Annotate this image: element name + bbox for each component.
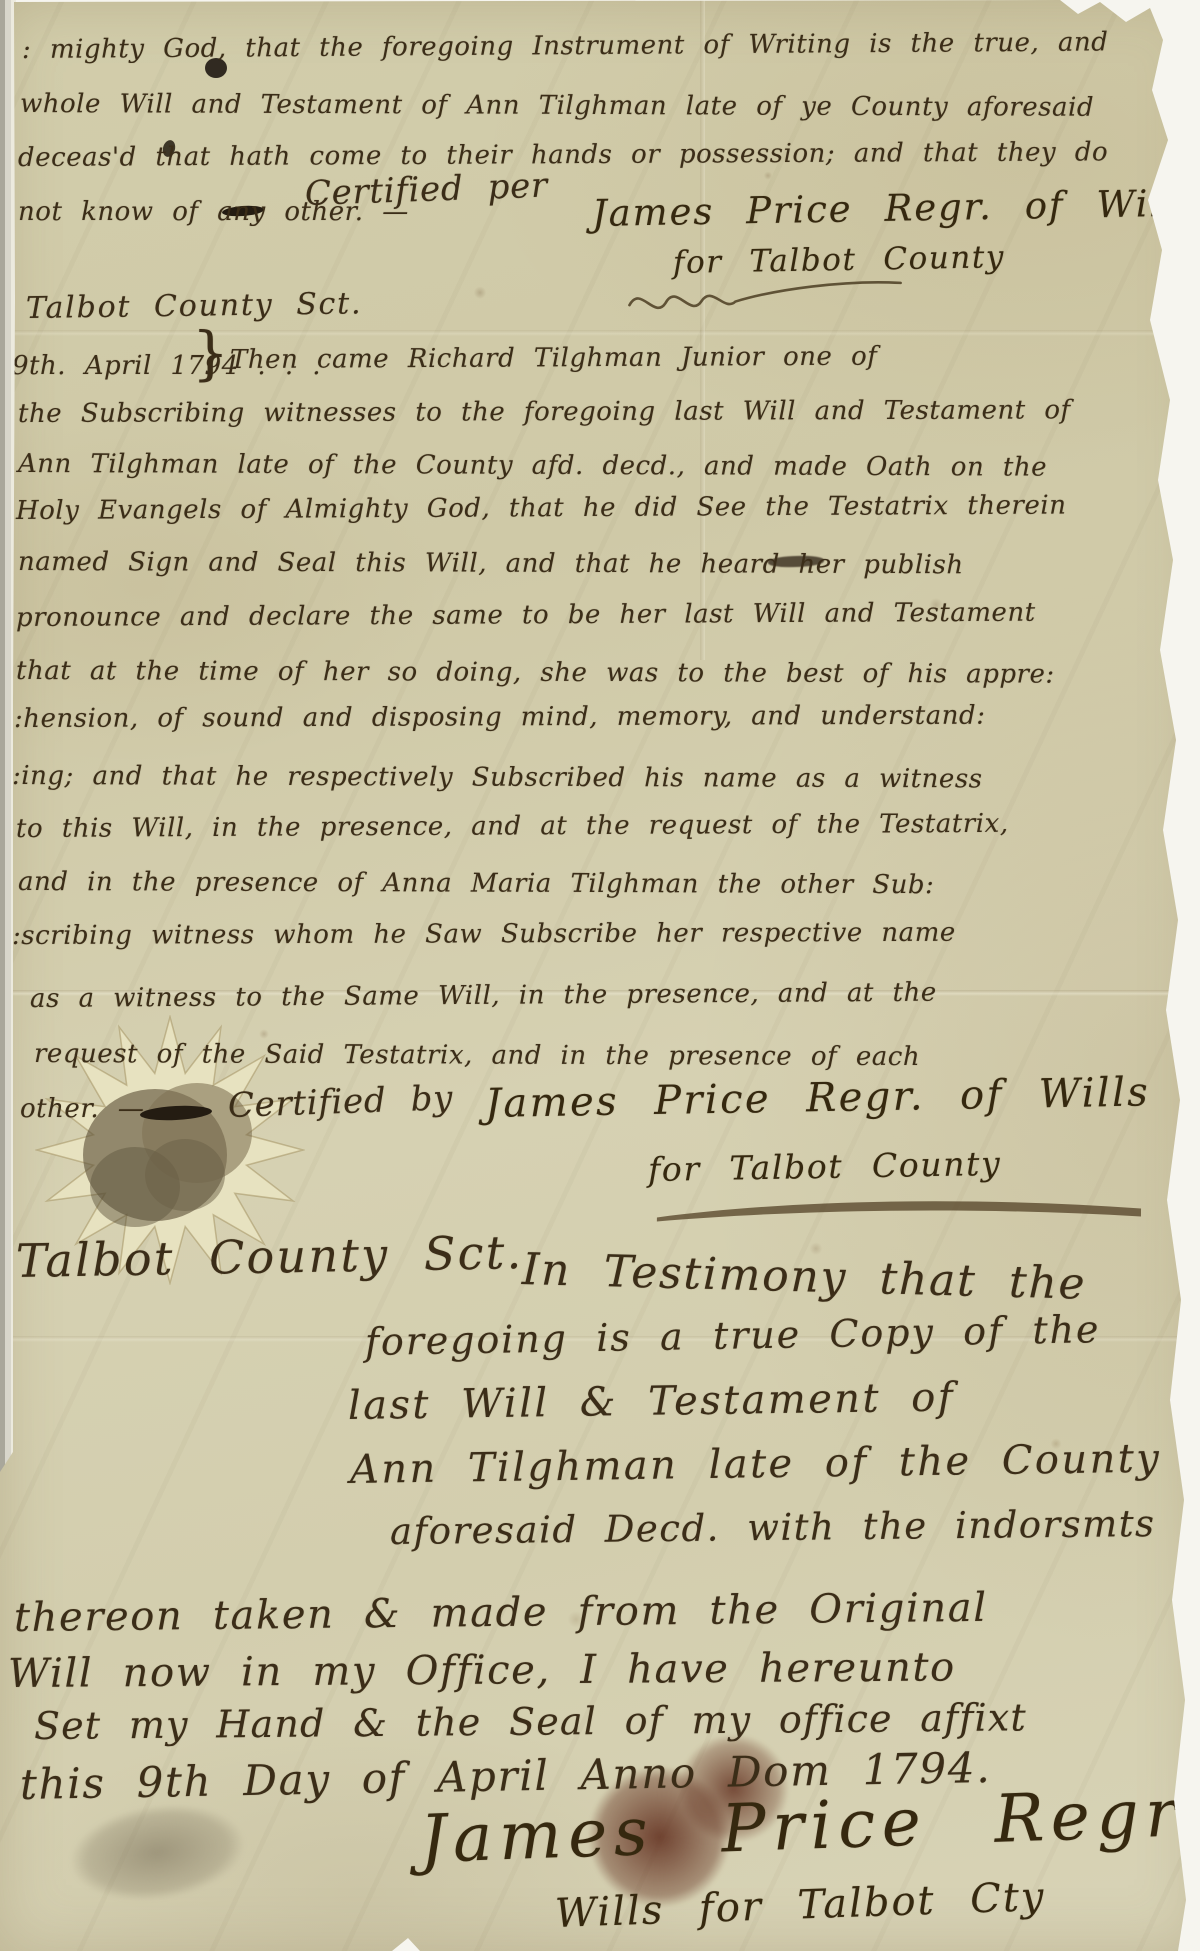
manuscript-line: Ann Tilghman late of the County bbox=[350, 1437, 1162, 1492]
manuscript-line: Holy Evangels of Almighty God, that he d… bbox=[16, 492, 1067, 526]
fold-crease bbox=[0, 330, 1200, 336]
manuscript-line: foregoing is a true Copy of the bbox=[365, 1309, 1101, 1364]
signature-flourish-bold bbox=[655, 1193, 1145, 1228]
manuscript-line: to this Will, in the presence, and at th… bbox=[16, 810, 1009, 844]
manuscript-line: :scribing witness whom he Saw Subscribe … bbox=[12, 919, 956, 951]
brace-mark: } bbox=[192, 322, 230, 386]
manuscript-line: Ann Tilghman late of the County afd. dec… bbox=[18, 450, 1047, 482]
certification-label: Certified per bbox=[304, 168, 548, 214]
aged-paper: : mighty God, that the foregoing Instrum… bbox=[0, 0, 1200, 1951]
manuscript-line: request of the Said Testatrix, and in th… bbox=[34, 1040, 920, 1072]
signature-line: James Price Regr. of Wills bbox=[485, 1070, 1151, 1126]
manuscript-line: Then came Richard Tilghman Junior one of bbox=[230, 343, 878, 375]
manuscript-line: aforesaid Decd. with the indorsmts bbox=[390, 1504, 1156, 1553]
manuscript-line: whole Will and Testament of Ann Tilghman… bbox=[20, 90, 1094, 122]
manuscript-line: thereon taken & made from the Original bbox=[14, 1586, 988, 1640]
manuscript-line: pronounce and declare the same to be her… bbox=[16, 599, 1036, 633]
manuscript-line: :hension, of sound and disposing mind, m… bbox=[14, 702, 986, 734]
manuscript-line: :ing; and that he respectively Subscribe… bbox=[12, 762, 983, 794]
manuscript-line: named Sign and Seal this Will, and that … bbox=[18, 548, 964, 580]
manuscript-line: Will now in my Office, I have hereunto bbox=[8, 1645, 956, 1696]
testimony-intro: In Testimony that the bbox=[521, 1246, 1087, 1309]
manuscript-line: as a witness to the Same Will, in the pr… bbox=[30, 979, 937, 1014]
manuscript-line: last Will & Testament of bbox=[348, 1376, 955, 1428]
manuscript-line: Set my Hand & the Seal of my office affi… bbox=[34, 1697, 1027, 1747]
signature-line: for Talbot County bbox=[648, 1146, 1002, 1188]
signature-line: for Talbot County bbox=[673, 240, 1005, 280]
manuscript-line: that at the time of her so doing, she wa… bbox=[16, 657, 1055, 689]
manuscript-line: the Subscribing witnesses to the foregoi… bbox=[18, 396, 1071, 428]
manuscript-line: and in the presence of Anna Maria Tilghm… bbox=[18, 868, 934, 900]
manuscript-line: deceas'd that hath come to their hands o… bbox=[18, 138, 1108, 172]
certification-label: Certified by bbox=[227, 1080, 453, 1125]
manuscript-line: other. — bbox=[20, 1095, 144, 1124]
manuscript-line: : mighty God, that the foregoing Instrum… bbox=[22, 28, 1109, 64]
scanned-manuscript-page: : mighty God, that the foregoing Instrum… bbox=[0, 0, 1200, 1951]
signature-line: James Price Regr. of Wills bbox=[592, 183, 1198, 234]
section-heading: Talbot County Sct. bbox=[16, 1227, 524, 1286]
